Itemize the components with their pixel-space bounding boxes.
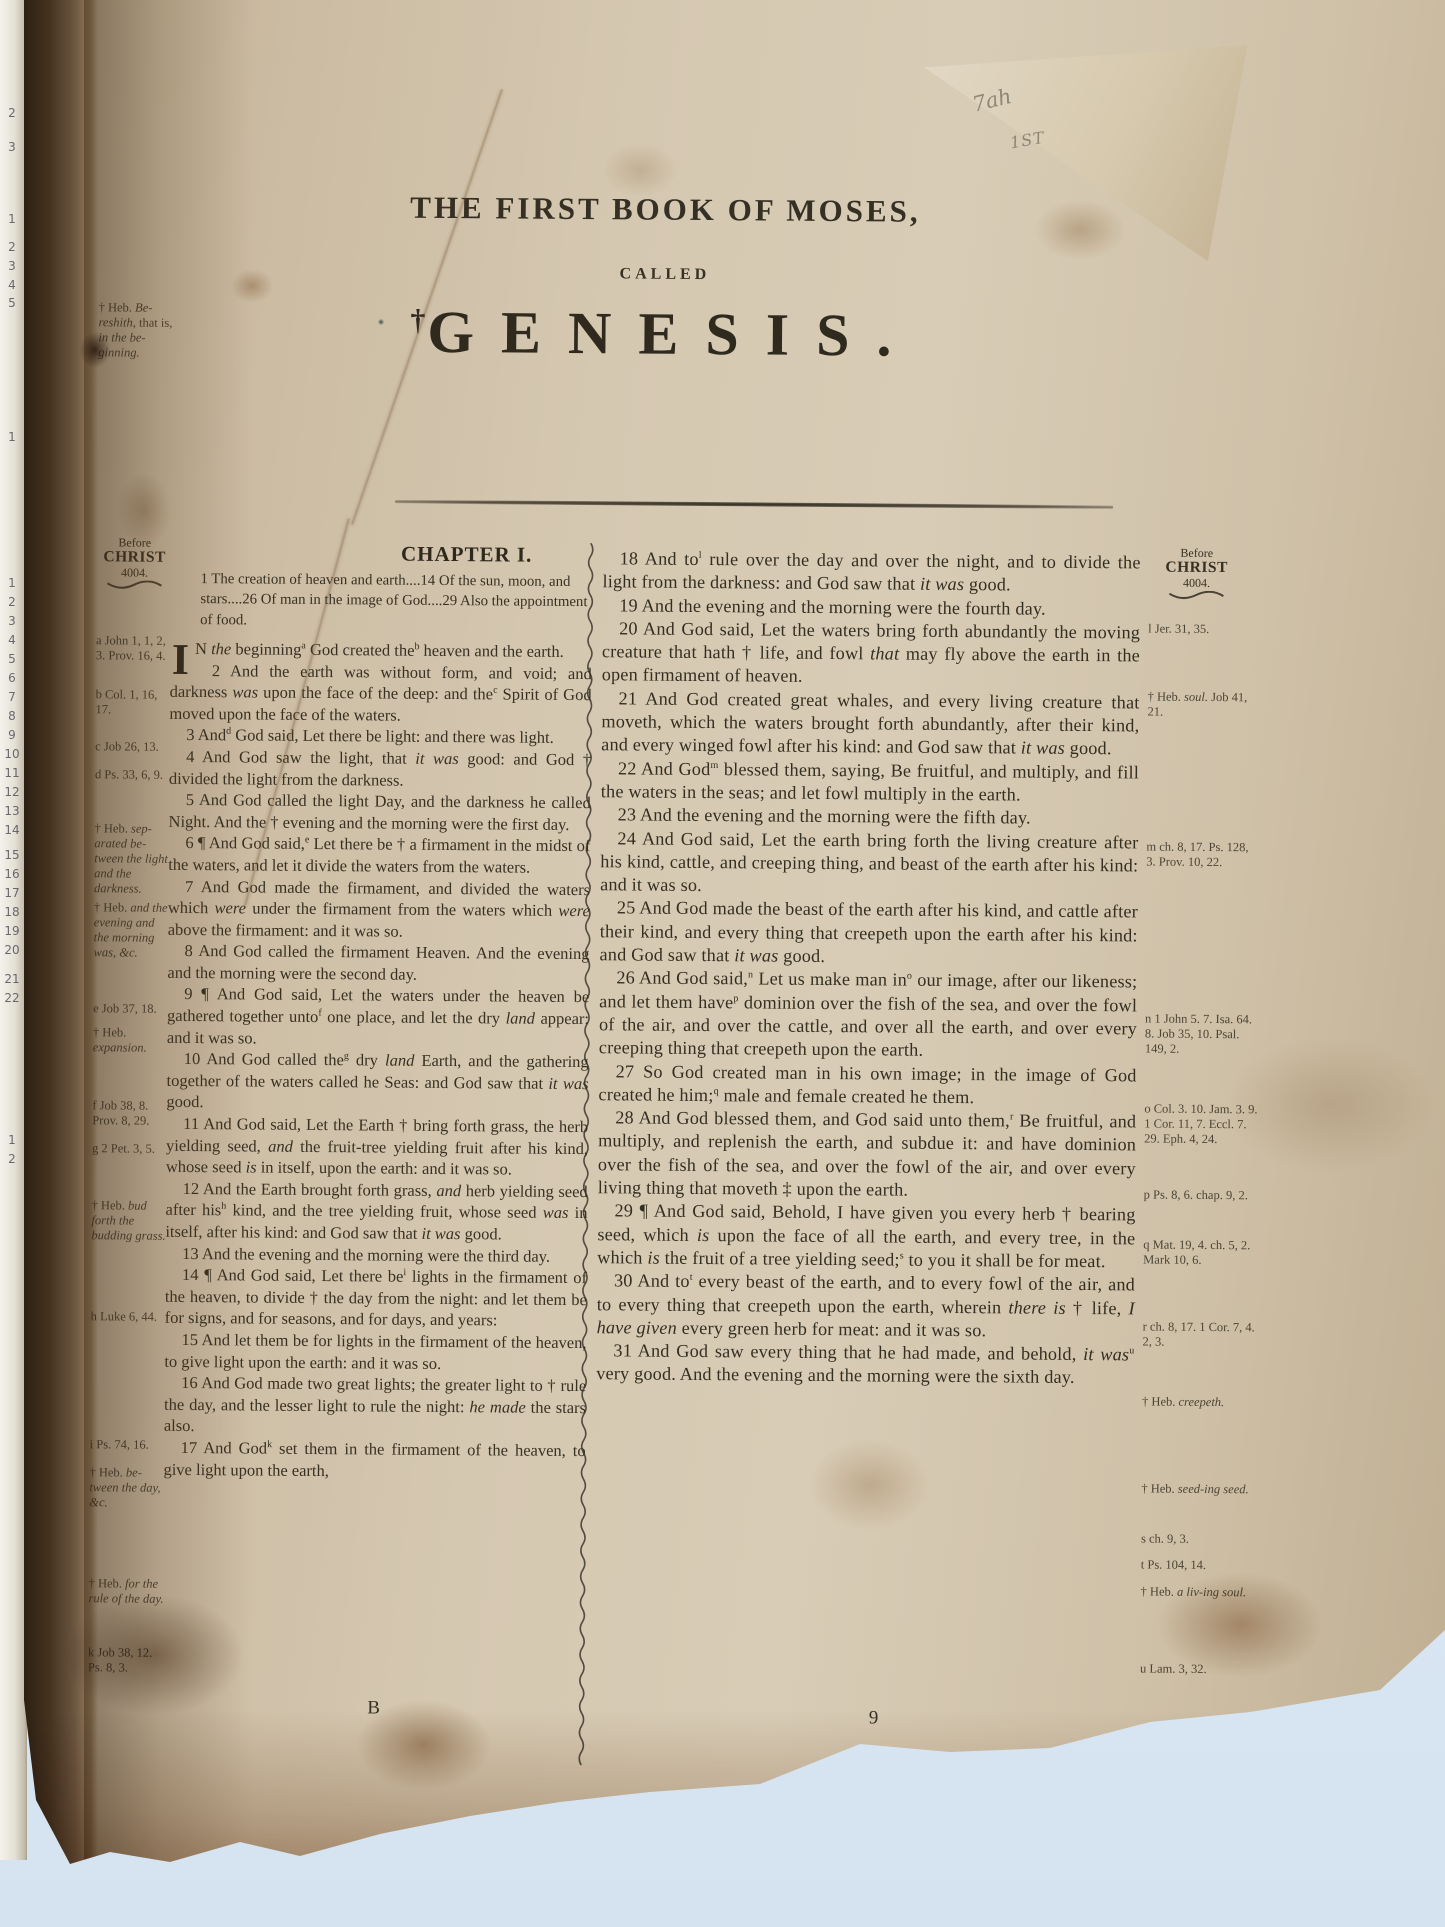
chapter-summary: 1 The creation of heaven and earth....14…: [200, 569, 592, 634]
before-christ-line: CHRIST: [1149, 560, 1245, 577]
edge-number: 21: [0, 972, 24, 986]
verse-29: 29 ¶ And God said, Behold, I have given …: [597, 1200, 1136, 1274]
edge-number: 17: [0, 886, 24, 900]
verse-1: IN the beginninga God created theb heave…: [170, 638, 592, 663]
edge-number: 19: [0, 924, 24, 938]
verse-6: 6 ¶ And God said,e Let there be † a firm…: [168, 832, 590, 879]
margin-note: l Jer. 31, 35.: [1148, 622, 1262, 638]
page-content: 7ah 1ST THE FIRST BOOK OF MOSES, CALLED …: [0, 0, 1445, 1886]
verse-number: 26: [616, 968, 635, 988]
verses-18-31: 18 And tol rule over the day and over th…: [596, 547, 1141, 1390]
verse-number: 6 ¶: [185, 833, 205, 852]
verse-number: 14 ¶: [182, 1265, 212, 1284]
verse-12: 12 And the Earth brought forth grass, an…: [165, 1178, 587, 1246]
verse-number: 17: [181, 1438, 198, 1457]
margin-note: † Heb. and the evening and the morning w…: [94, 900, 172, 961]
verse-number: 21: [619, 688, 638, 708]
margin-note: m ch. 8, 17. Ps. 128, 3. Prov. 10, 22.: [1146, 840, 1260, 871]
margin-note: g 2 Pet. 3, 5.: [92, 1141, 170, 1157]
bible-page: 7ah 1ST THE FIRST BOOK OF MOSES, CALLED …: [24, 0, 1445, 1880]
edge-number: 3: [0, 140, 24, 154]
edge-number: 11: [0, 766, 24, 780]
margin-note: † Heb. be-tween the day, &c.: [89, 1465, 167, 1511]
before-christ-date-right: Before CHRIST 4004.: [1148, 547, 1244, 602]
verse-24: 24 And God said, Let the earth bring for…: [600, 827, 1139, 901]
brace-squiggle: [106, 580, 162, 590]
before-christ-line: CHRIST: [93, 549, 177, 566]
margin-note: c Job 26, 13.: [95, 739, 173, 755]
edge-number: 12: [0, 785, 24, 799]
verse-2: 2 And the earth was without form, and vo…: [169, 659, 591, 727]
margin-note: † Heb. seed-ing seed.: [1141, 1481, 1255, 1497]
book-photo: 2312345112345678910111213141516171819202…: [0, 0, 1445, 1927]
verse-number: 10: [184, 1049, 201, 1068]
verse-10: 10 And God called theg dry land Earth, a…: [166, 1048, 588, 1116]
margin-note: s ch. 9, 3.: [1141, 1531, 1255, 1547]
verse-number: 4: [186, 747, 194, 766]
verse-number: 3: [186, 725, 194, 744]
verse-number: 23: [618, 805, 637, 825]
verse-20: 20 And God said, Let the waters bring fo…: [602, 617, 1141, 691]
book-title-text: GENESIS.: [427, 299, 919, 369]
edge-number: 22: [0, 991, 24, 1005]
verse-16: 16 And God made two great lights; the gr…: [164, 1372, 586, 1440]
verse-27: 27 So God created man in his own image; …: [598, 1060, 1136, 1111]
verse-9: 9 ¶ And God said, Let the waters under t…: [167, 983, 589, 1051]
page-fore-edge: 2312345112345678910111213141516171819202…: [0, 0, 27, 1860]
margin-note: † Heb. for the rule of the day.: [88, 1576, 166, 1607]
margin-note: q Mat. 19, 4. ch. 5, 2. Mark 10, 6.: [1143, 1237, 1257, 1268]
edge-number: 20: [0, 943, 24, 957]
edge-number: 2: [0, 595, 24, 609]
verse-number: 24: [617, 828, 636, 848]
verse-number: 28: [615, 1107, 634, 1127]
verse-number: 9 ¶: [184, 984, 209, 1003]
margin-note: † Heb. sep-arated be-tween the light and…: [94, 821, 173, 897]
verse-number: 8: [185, 941, 193, 960]
verse-4: 4 And God saw the light, that it was goo…: [169, 746, 591, 793]
edge-number: 15: [0, 848, 24, 862]
edge-number: 13: [0, 804, 24, 818]
margin-note: † Heb. bud forth the budding grass.: [91, 1198, 169, 1244]
edge-number: 2: [0, 240, 24, 254]
edge-number: 8: [0, 709, 24, 723]
verse-25: 25 And God made the beast of the earth a…: [599, 897, 1138, 971]
verse-number: 20: [619, 618, 638, 638]
verse-number: 22: [618, 758, 637, 778]
margin-note: u Lam. 3, 32.: [1140, 1661, 1254, 1677]
signature-mark: B: [334, 1697, 414, 1720]
verse-5: 5 And God called the light Day, and the …: [169, 789, 591, 836]
verse-number: 7: [185, 876, 193, 895]
verse-8: 8 And God called the firmament Heaven. A…: [167, 940, 589, 987]
margin-note: o Col. 3. 10. Jam. 3. 9. 1 Cor. 11, 7. E…: [1144, 1101, 1258, 1147]
edge-number: 1: [0, 212, 24, 226]
verses-1-17: IN the beginninga God created theb heave…: [163, 638, 592, 1483]
before-christ-line: 4004.: [1148, 576, 1244, 591]
margin-note: † Heb. Be-reshith, that is, in the be-gi…: [98, 300, 176, 361]
margin-note: e Job 37, 18.: [93, 1001, 171, 1017]
before-christ-line: 4004.: [93, 565, 177, 580]
verse-number: 13: [182, 1244, 199, 1263]
edge-number: 18: [0, 905, 24, 919]
margin-note: n 1 John 5. 7. Isa. 64. 8. Job 35, 10. P…: [1145, 1011, 1259, 1057]
edge-number: 1: [0, 430, 24, 444]
margin-note: b Col. 1, 16, 17.: [95, 687, 173, 718]
drop-cap: I: [170, 638, 195, 678]
verse-number: 16: [181, 1373, 198, 1392]
edge-number: 2: [0, 1152, 24, 1166]
verse-number: 12: [183, 1179, 200, 1198]
edge-number: 3: [0, 259, 24, 273]
verse-31: 31 And God saw every thing that he had m…: [596, 1339, 1134, 1390]
edge-number: 3: [0, 614, 24, 628]
margin-note: † Heb. expansion.: [93, 1025, 171, 1056]
margin-note: d Ps. 33, 6, 9.: [95, 767, 173, 783]
book-supertitle: THE FIRST BOOK OF MOSES,: [175, 188, 1155, 232]
verse-26: 26 And God said,n Let us make man ino ou…: [599, 967, 1138, 1064]
handwriting-note: 1ST: [1009, 128, 1046, 153]
edge-number: 1: [0, 1133, 24, 1147]
margin-note: h Luke 6, 44.: [91, 1309, 169, 1325]
margin-note: † Heb. soul. Job 41, 21.: [1147, 690, 1261, 721]
margin-note: r ch. 8, 17. 1 Cor. 7, 4. 2, 3.: [1142, 1319, 1256, 1350]
verse-18: 18 And tol rule over the day and over th…: [602, 547, 1140, 598]
edge-number: 16: [0, 867, 24, 881]
margin-note: † Heb. creepeth.: [1142, 1394, 1256, 1410]
verse-14: 14 ¶ And God said, Let there bei lights …: [165, 1264, 587, 1332]
verse-number: 11: [183, 1114, 199, 1133]
edge-number: 6: [0, 671, 24, 685]
left-text-column: CHAPTER I. 1 The creation of heaven and …: [163, 542, 592, 1483]
edge-number: 2: [0, 106, 24, 120]
book-title-genesis: †GENESIS.: [174, 296, 1155, 373]
before-christ-date-left: Before CHRIST 4004.: [92, 536, 176, 591]
right-text-column: 18 And tol rule over the day and over th…: [596, 547, 1141, 1390]
handwriting-note: 7ah: [970, 84, 1014, 117]
edge-number: 5: [0, 296, 24, 310]
page-number: 9: [833, 1707, 913, 1730]
edge-number: 14: [0, 823, 24, 837]
edge-number: 10: [0, 747, 24, 761]
verse-21: 21 And God created great whales, and eve…: [601, 687, 1140, 761]
verse-number: 29 ¶: [614, 1201, 648, 1221]
verse-number: 30: [614, 1271, 633, 1291]
verse-17: 17 And Godk set them in the firmament of…: [163, 1437, 585, 1484]
verse-30: 30 And tot every beast of the earth, and…: [597, 1269, 1136, 1343]
verse-number: 2: [212, 661, 220, 680]
margin-note: f Job 38, 8. Prov. 8, 29.: [92, 1098, 170, 1129]
verse-7: 7 And God made the firmament, and divide…: [168, 875, 590, 943]
edge-number: 4: [0, 633, 24, 647]
edge-number: 5: [0, 652, 24, 666]
title-called: CALLED: [175, 262, 1155, 288]
margin-note: a John 1, 1, 2, 3. Prov. 16, 4.: [96, 633, 174, 664]
edge-number: 1: [0, 576, 24, 590]
margin-note: i Ps. 74, 16.: [90, 1437, 168, 1453]
verse-number: 25: [617, 898, 636, 918]
margin-note: k Job 38, 12. Ps. 8, 3.: [88, 1645, 166, 1676]
edge-number: 4: [0, 278, 24, 292]
left-margin-notes: † Heb. Be-reshith, that is, in the be-gi…: [86, 0, 179, 1876]
chapter-heading: CHAPTER I.: [341, 543, 593, 567]
brace-squiggle: [1168, 591, 1224, 601]
margin-note: p Ps. 8, 6. chap. 9, 2.: [1144, 1187, 1258, 1203]
verse-15: 15 And let them be for lights in the fir…: [164, 1329, 586, 1376]
verse-number: 18: [620, 548, 639, 568]
title-rule: [395, 500, 1113, 510]
verse-28: 28 And God blessed them, and God said un…: [598, 1106, 1137, 1203]
verse-number: 15: [181, 1330, 198, 1349]
right-margin-notes: l Jer. 31, 35.† Heb. soul. Job 41, 21.m …: [1138, 4, 1267, 1885]
verse-number: 27: [616, 1061, 635, 1081]
edge-number: 7: [0, 690, 24, 704]
edge-number: 9: [0, 728, 24, 742]
verse-22: 22 And Godm blessed them, saying, Be fru…: [601, 757, 1139, 808]
verse-number: 19: [619, 595, 638, 615]
verse-11: 11 And God said, Let the Earth † bring f…: [166, 1113, 588, 1181]
verse-number: 31: [613, 1340, 632, 1360]
margin-note: † Heb. a liv-ing soul.: [1141, 1584, 1255, 1600]
margin-note: t Ps. 104, 14.: [1141, 1557, 1255, 1573]
verse-number: 5: [186, 790, 194, 809]
